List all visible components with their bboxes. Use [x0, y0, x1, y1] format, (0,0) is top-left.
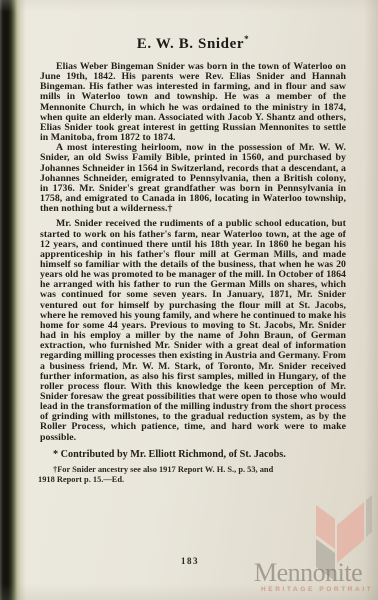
- footnote-line-1: †For Snider ancestry see also 1917 Repor…: [40, 465, 346, 476]
- page-title-text: E. W. B. Snider: [137, 36, 244, 52]
- watermark-text: Mennonite: [254, 558, 362, 588]
- title-asterisk-marker: *: [244, 34, 249, 44]
- paragraph-birth-family: Elias Weber Bingeman Snider was born in …: [40, 62, 346, 143]
- paragraph-heirloom-bible: A most interesting heirloom, now in the …: [40, 143, 346, 214]
- page-number: 183: [140, 556, 240, 566]
- contributed-note: * Contributed by Mr. Elliott Richmond, o…: [40, 449, 346, 460]
- page-title: E. W. B. Snider*: [40, 34, 346, 53]
- scanned-page-text: E. W. B. Snider* Elias Weber Bingeman Sn…: [40, 34, 346, 486]
- watermark-subtext: HERITAGE PORTRAIT: [261, 586, 373, 593]
- footnote-line-2: 1918 Report p. 15.—Ed.: [38, 475, 346, 486]
- paragraph-milling-career: Mr. Snider received the rudiments of a p…: [40, 219, 346, 442]
- ancestry-footnote: †For Snider ancestry see also 1917 Repor…: [40, 465, 346, 486]
- book-spine-edge: [0, 0, 26, 600]
